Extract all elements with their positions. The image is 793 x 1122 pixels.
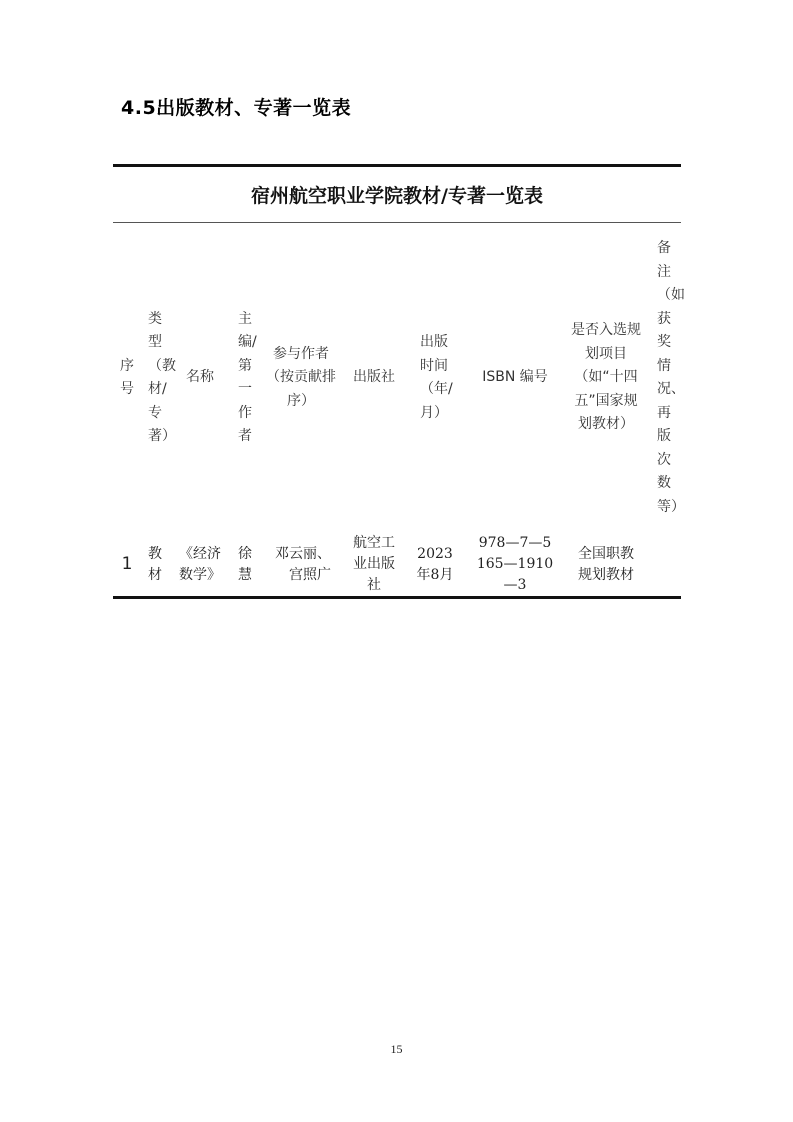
header-authors: 参与作者（按贡献排序） — [259, 223, 343, 533]
header-plan: 是否入选规划项目（如“十四五”国家规划教材） — [565, 223, 647, 533]
header-date: 出版时间（年/月） — [405, 223, 465, 533]
table-row: 1 教材 《经济数学》 徐慧 邓云丽、宫照广 航空工业出版社 2023年8月 9… — [113, 533, 681, 596]
publications-table: 序号 类型（教材/专著） 名称 主编/第一作者 参与作者（按贡献排序） 出版社 … — [113, 223, 681, 596]
table-header-row: 序号 类型（教材/专著） 名称 主编/第一作者 参与作者（按贡献排序） 出版社 … — [113, 223, 681, 533]
table-bottom-rule — [113, 596, 681, 599]
cell-authors: 邓云丽、宫照广 — [259, 533, 343, 596]
cell-name: 《经济数学》 — [169, 533, 231, 596]
header-name: 名称 — [169, 223, 231, 533]
cell-seq: 1 — [113, 533, 141, 596]
cell-isbn: 978—7—5165—1910—3 — [465, 533, 565, 596]
header-publisher: 出版社 — [343, 223, 405, 533]
publications-table-container: 宿州航空职业学院教材/专著一览表 序号 类型（教材/专著） 名称 主编/第一作者… — [113, 164, 681, 599]
section-title: 4.5出版教材、专著一览表 — [121, 93, 351, 120]
header-remark: 备注（如获奖情况、再版次数等） — [647, 223, 681, 533]
page-number: 15 — [0, 1042, 793, 1057]
header-seq: 序号 — [113, 223, 141, 533]
header-editor: 主编/第一作者 — [231, 223, 259, 533]
cell-type: 教材 — [141, 533, 169, 596]
header-isbn: ISBN 编号 — [465, 223, 565, 533]
cell-editor: 徐慧 — [231, 533, 259, 596]
table-title: 宿州航空职业学院教材/专著一览表 — [113, 167, 681, 222]
cell-plan: 全国职教规划教材 — [565, 533, 647, 596]
cell-remark — [647, 533, 681, 596]
cell-date: 2023年8月 — [405, 533, 465, 596]
cell-publisher: 航空工业出版社 — [343, 533, 405, 596]
header-type: 类型（教材/专著） — [141, 223, 169, 533]
